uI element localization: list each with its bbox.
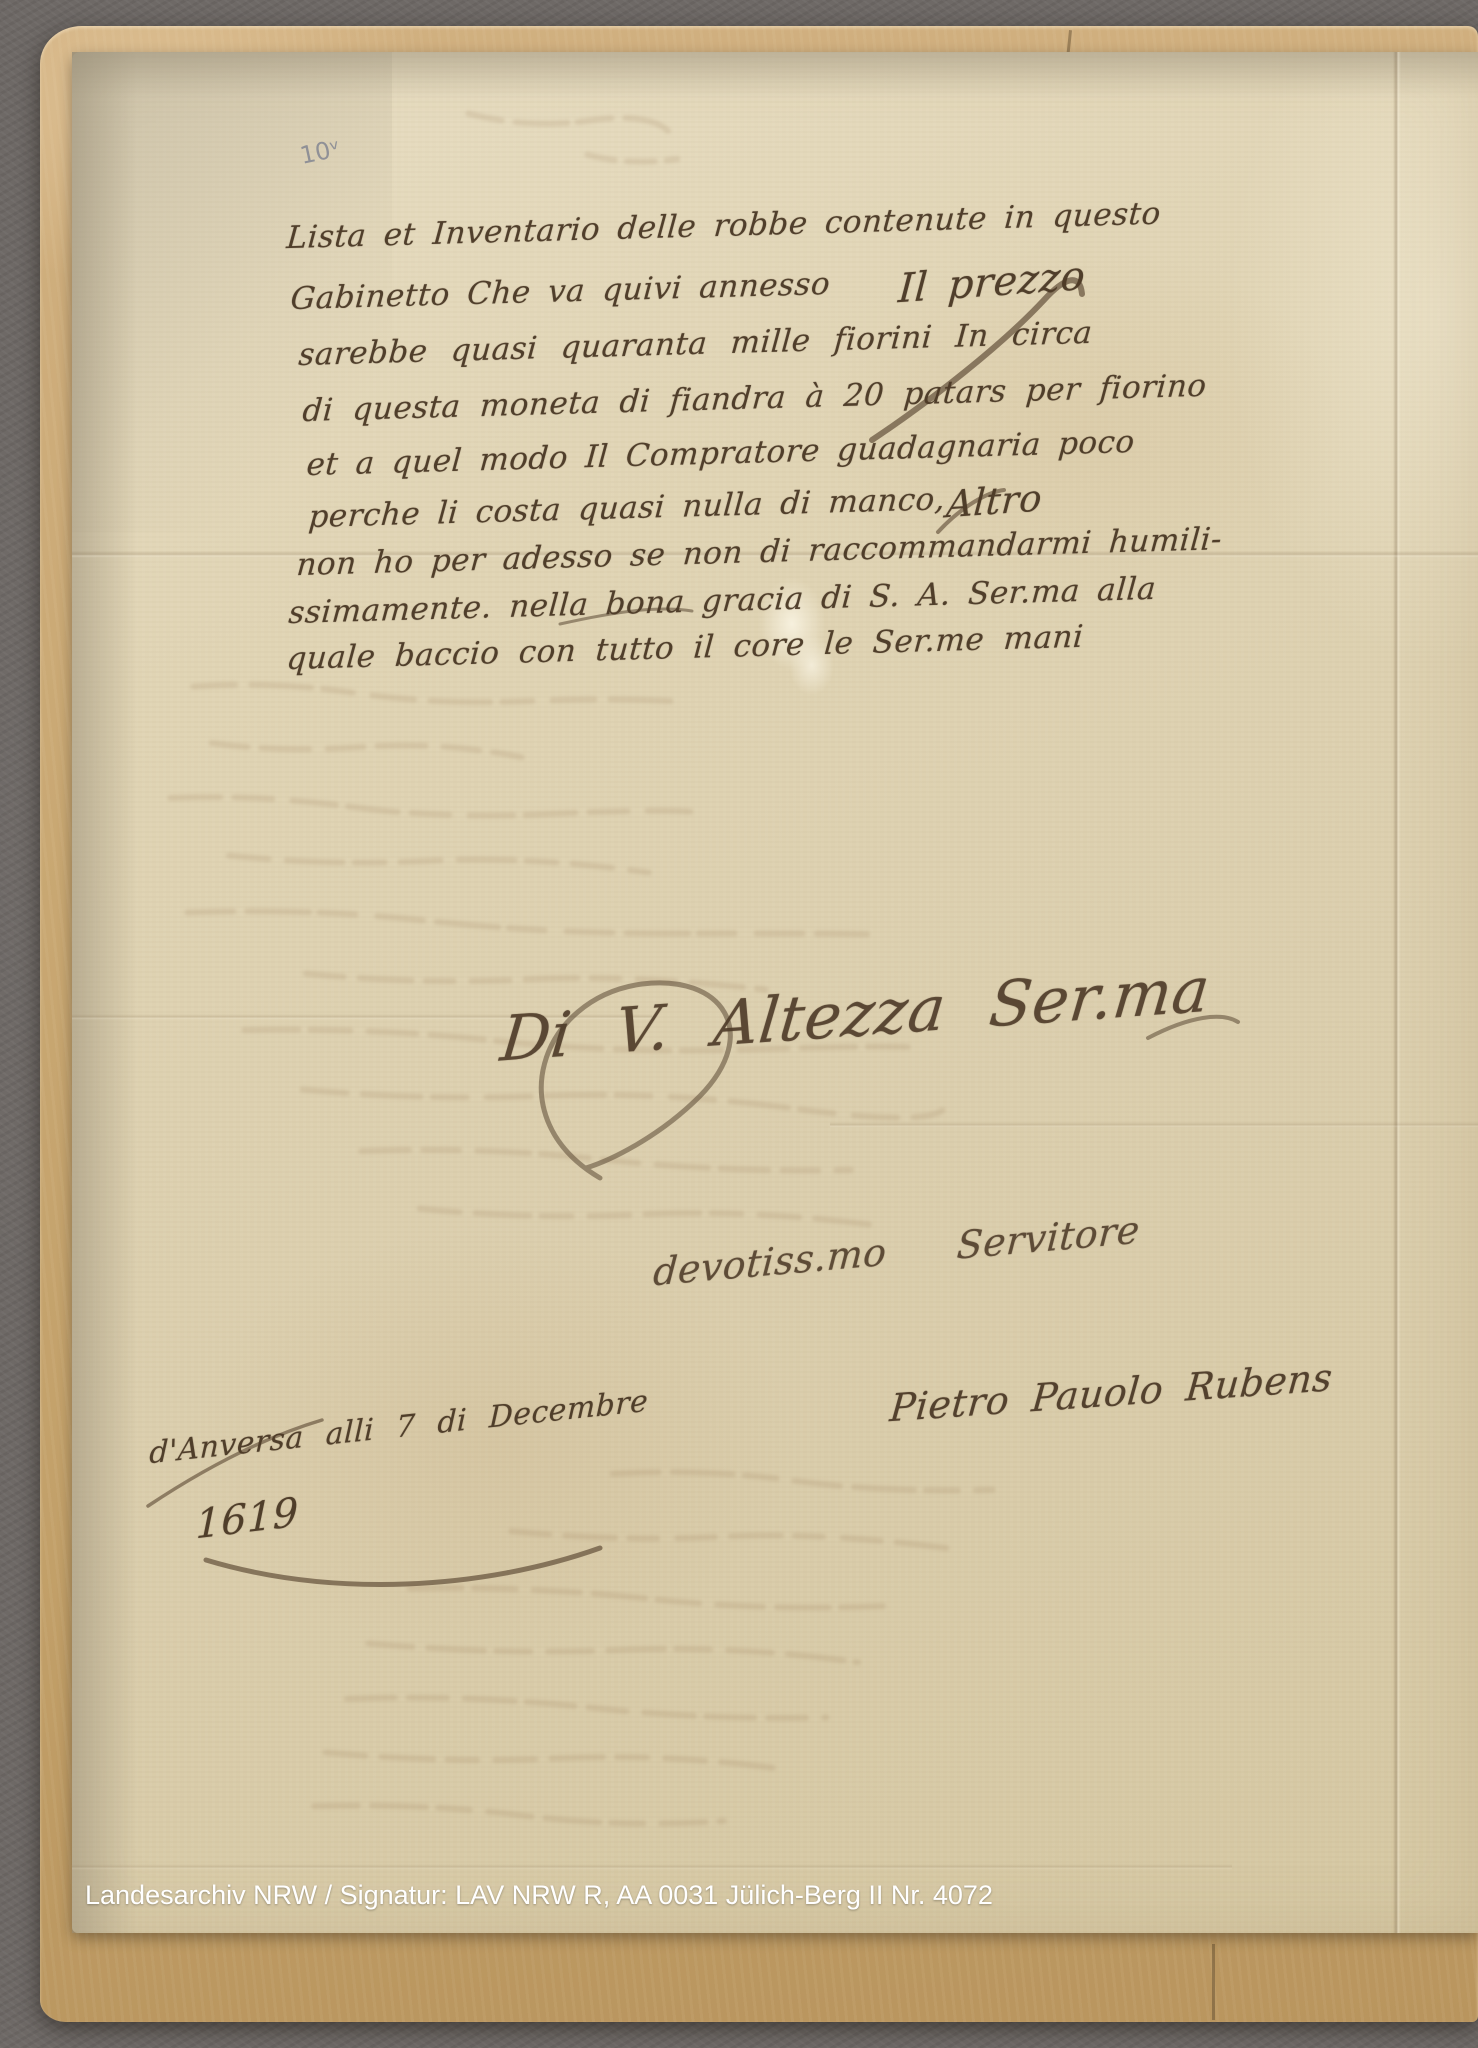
archive-scan: Lista et Inventario delle robbe contenut… xyxy=(0,0,1478,2048)
archive-caption: Landesarchiv NRW / Signatur: LAV NRW R, … xyxy=(85,1880,993,1911)
pen-flourishes xyxy=(0,0,1478,2048)
